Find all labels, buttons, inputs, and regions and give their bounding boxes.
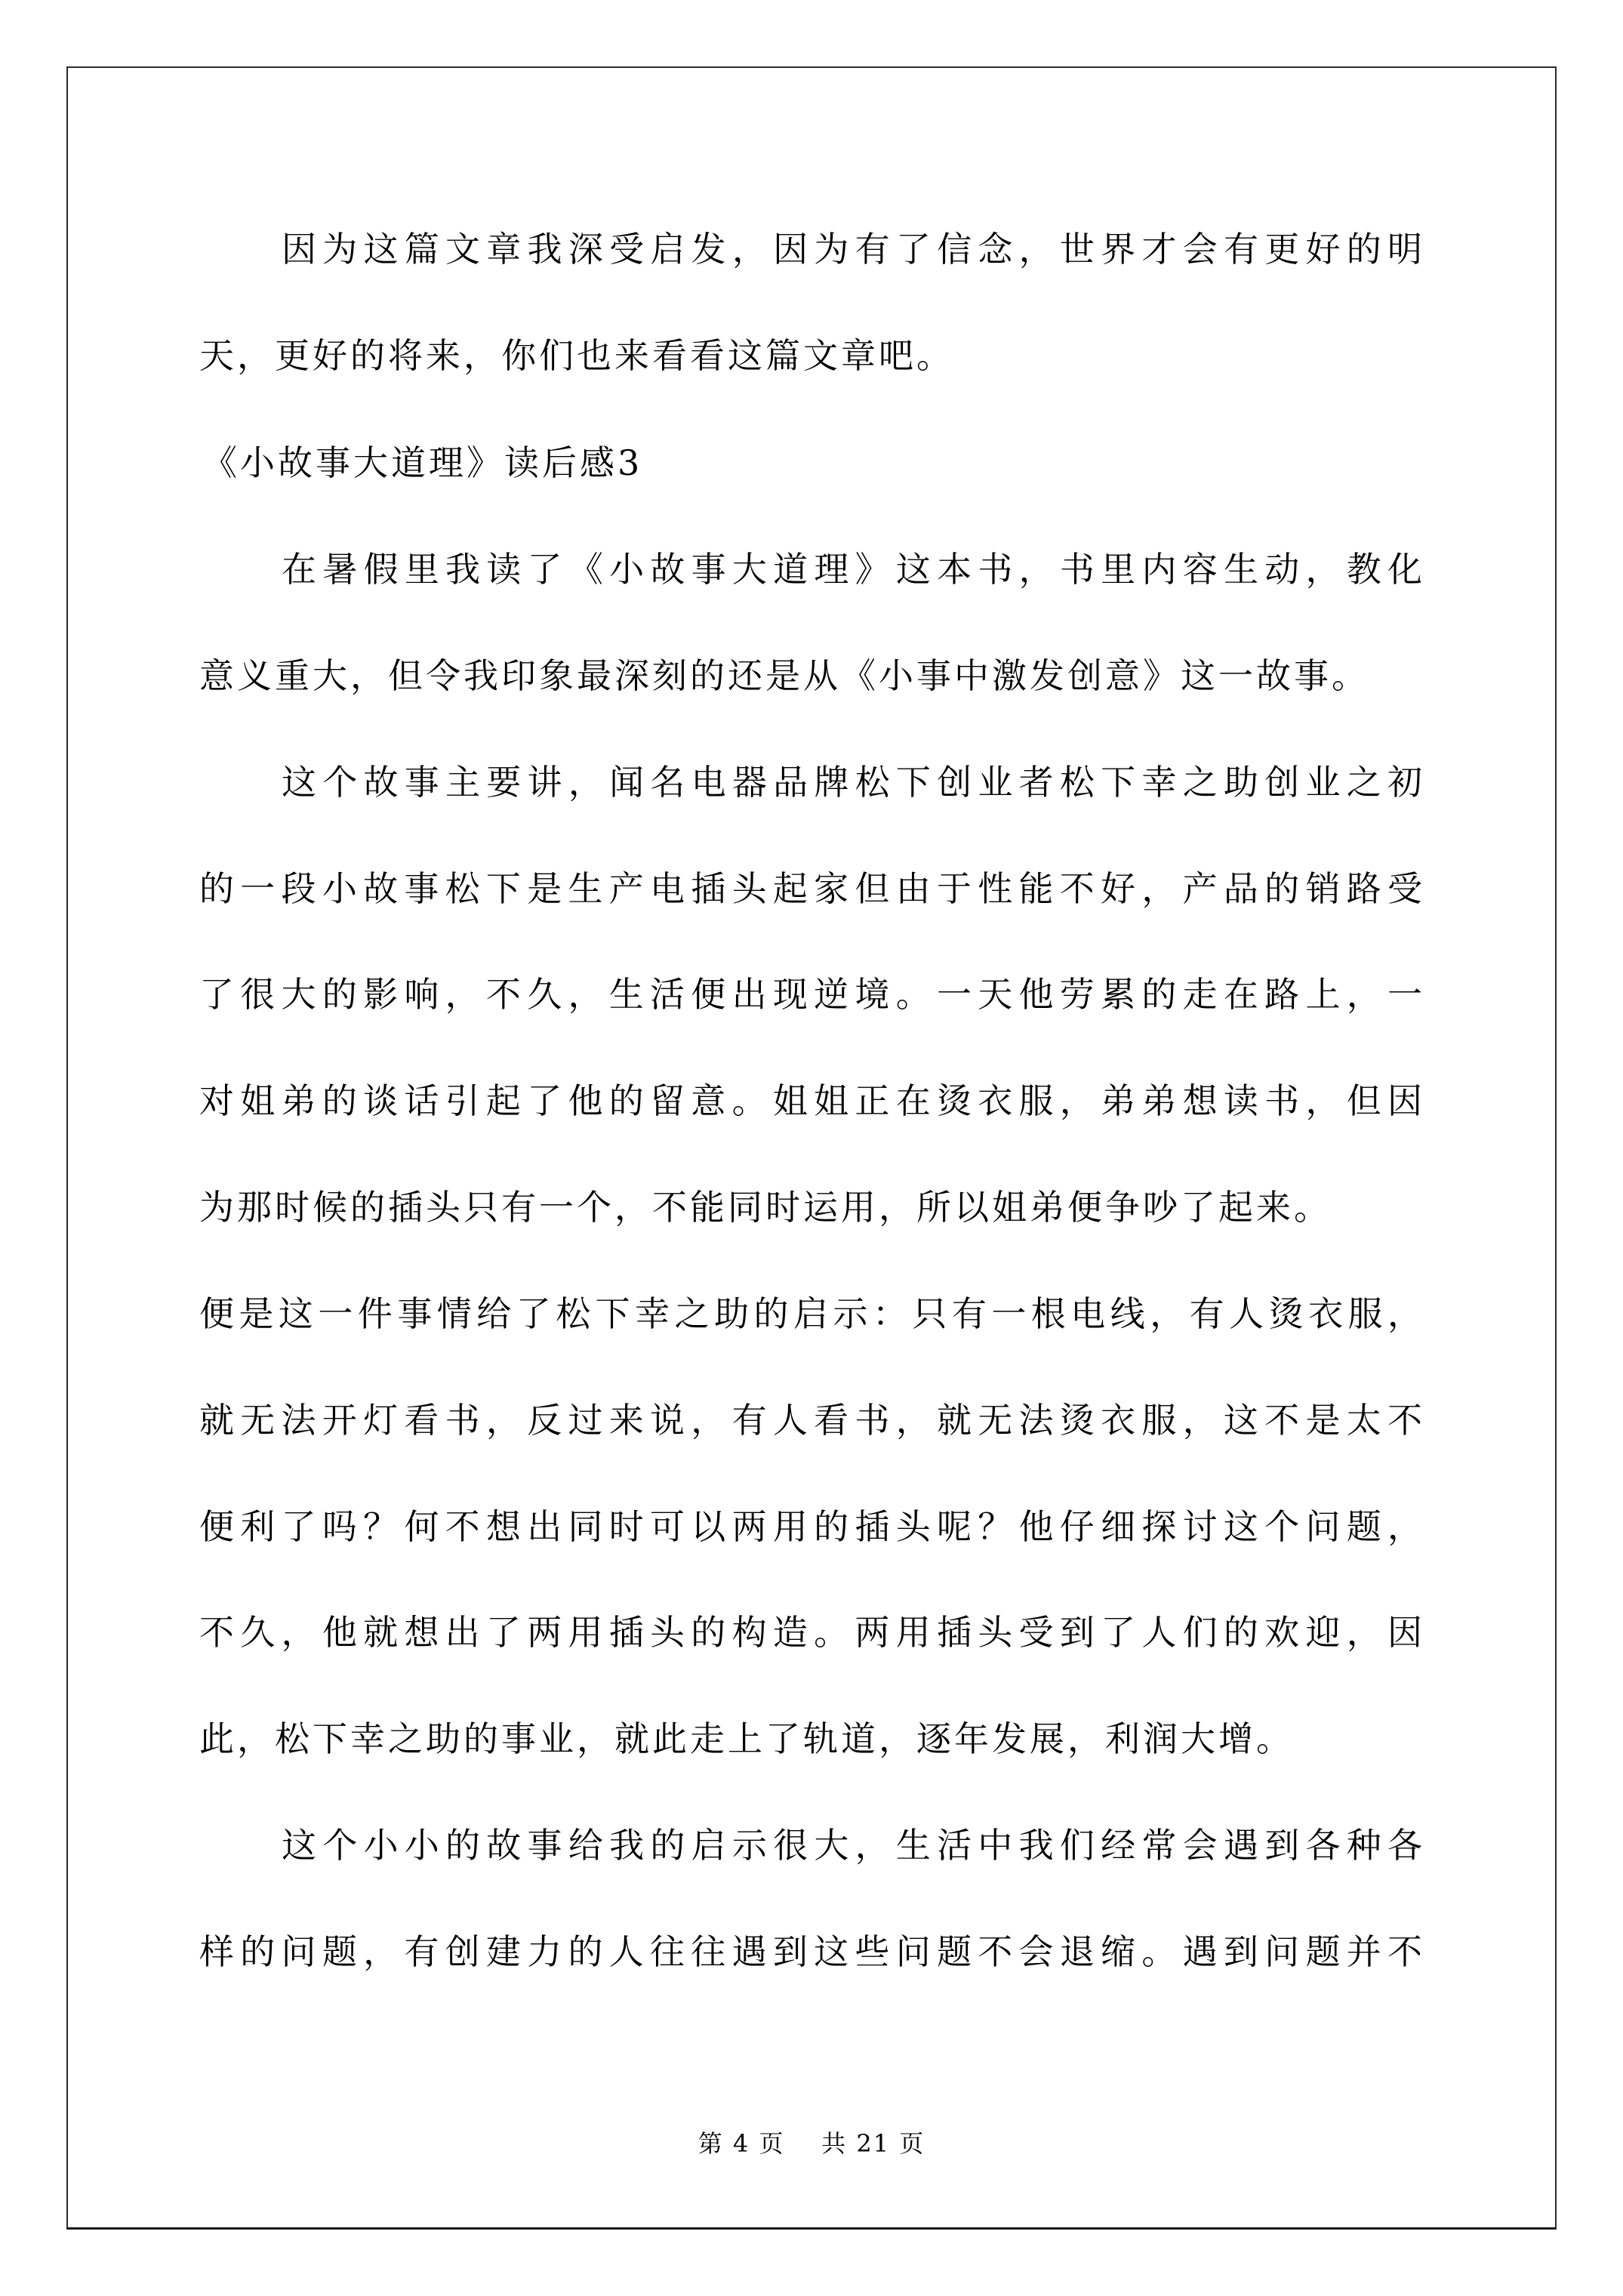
paragraph-line: 便是这一件事情给了松下幸之助的启示：只有一根电线，有人烫衣服， <box>199 1291 1425 1336</box>
paragraph-line: 这个故事主要讲，闻名电器品牌松下创业者松下幸之助创业之初 <box>282 760 1425 805</box>
page-label-suffix: 页 <box>759 2129 784 2158</box>
paragraph-line: 不久，他就想出了两用插头的构造。两用插头受到了人们的欢迎，因 <box>199 1610 1425 1655</box>
paragraph-line: 此，松下幸之助的事业，就此走上了轨道，逐年发展，利润大增。 <box>199 1716 1425 1761</box>
paragraph-line: 就无法开灯看书，反过来说，有人看书，就无法烫衣服，这不是太不 <box>199 1398 1425 1443</box>
paragraph-line: 天，更好的将来，你们也来看看这篇文章吧。 <box>199 333 1425 378</box>
paragraph-line: 为那时候的插头只有一个，不能同时运用，所以姐弟便争吵了起来。 <box>199 1185 1425 1230</box>
paragraph-line: 因为这篇文章我深受启发，因为有了信念，世界才会有更好的明 <box>282 227 1425 272</box>
page-frame <box>66 66 1557 2230</box>
paragraph-line: 便利了吗？何不想出同时可以两用的插头呢？他仔细探讨这个问题， <box>199 1504 1425 1549</box>
paragraph-line: 意义重大，但令我印象最深刻的还是从《小事中激发创意》这一故事。 <box>199 653 1425 698</box>
total-label-suffix: 页 <box>899 2129 925 2158</box>
current-page-number: 4 <box>733 2129 750 2158</box>
total-label-prefix: 共 <box>821 2129 847 2158</box>
paragraph-line: 这个小小的故事给我的启示很大，生活中我们经常会遇到各种各 <box>282 1823 1425 1868</box>
paragraph-line: 对姐弟的谈话引起了他的留意。姐姐正在烫衣服，弟弟想读书，但因 <box>199 1078 1425 1123</box>
page-footer: 第 4 页 共 21 页 <box>0 2128 1623 2159</box>
section-heading: 《小故事大道理》读后感3 <box>202 440 642 485</box>
total-pages-number: 21 <box>856 2129 890 2158</box>
page-label-prefix: 第 <box>698 2129 724 2158</box>
paragraph-line: 的一段小故事松下是生产电插头起家但由于性能不好，产品的销路受 <box>199 866 1425 911</box>
paragraph-line: 在暑假里我读了《小故事大道理》这本书，书里内容生动，教化 <box>282 547 1425 592</box>
paragraph-line: 样的问题，有创建力的人往往遇到这些问题不会退缩。遇到问题并不 <box>199 1929 1425 1974</box>
paragraph-line: 了很大的影响，不久，生活便出现逆境。一天他劳累的走在路上，一 <box>199 972 1425 1017</box>
